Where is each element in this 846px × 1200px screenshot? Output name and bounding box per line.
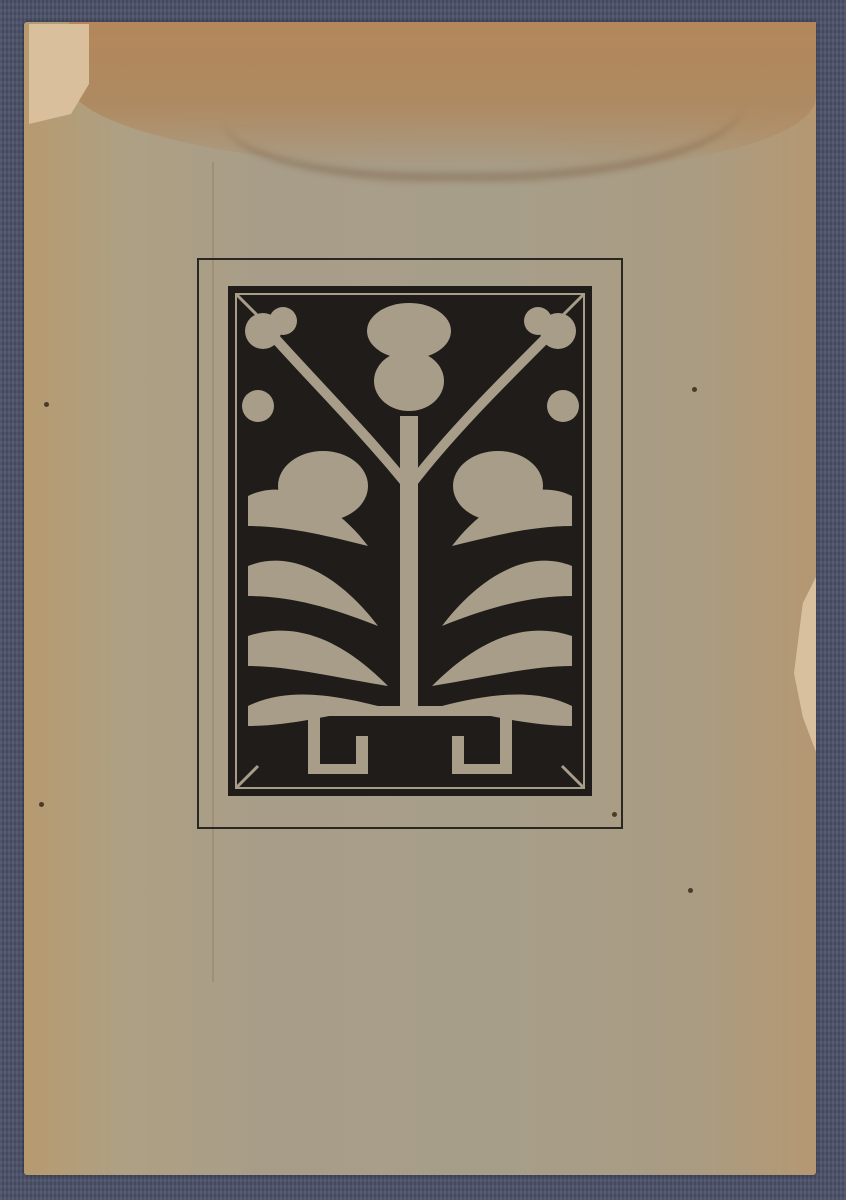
foxing-spot [688, 888, 693, 893]
foxing-spot [44, 402, 49, 407]
foxing-spot [39, 802, 44, 807]
water-stain-edge [224, 82, 744, 182]
torn-edge [794, 577, 816, 752]
foxing-spot [692, 387, 697, 392]
woodcut-print [228, 286, 592, 796]
book-cover [24, 22, 816, 1175]
torn-corner [29, 24, 89, 124]
foxing-spot [612, 812, 617, 817]
